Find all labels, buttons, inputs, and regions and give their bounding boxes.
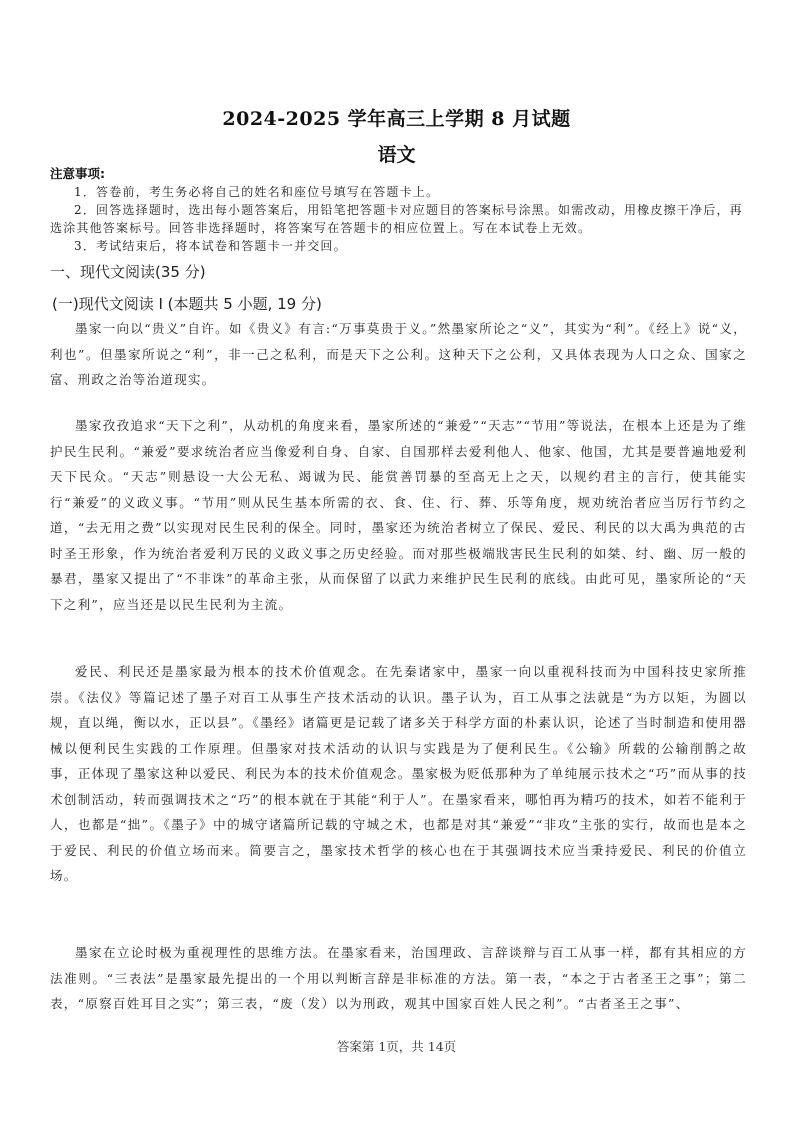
passage-paragraph-2: 墨家孜孜追求“天下之利”，从动机的角度来看，墨家所述的“兼爱”“天志”“节用”等…	[50, 413, 747, 617]
note-item-3: 3．考试结束后，将本试卷和答题卡一并交回。	[50, 237, 750, 255]
passage-paragraph-3: 爱民、利民还是墨家最为根本的技术价值观念。在先秦诸家中，墨家一向以重视科技而为中…	[50, 659, 747, 889]
note-item-1: 1．答卷前，考生务必将自己的姓名和座位号填写在答题卡上。	[50, 183, 750, 201]
passage-paragraph-1: 墨家一向以“贵义”自许。如《贵义》有言:“万事莫贵于义。”然墨家所论之“义”，其…	[50, 316, 747, 393]
section-heading-modern-reading: 一、现代文阅读(35 分)	[50, 261, 206, 282]
subsection-heading-reading-1: (一)现代文阅读 Ⅰ (本题共 5 小题, 19 分)	[52, 293, 322, 314]
subject-title: 语文	[0, 140, 793, 167]
note-item-2: 2．回答选择题时，选出每小题答案后，用铅笔把答题卡对应题目的答案标号涂黑。如需改…	[50, 201, 750, 237]
exam-page: 2024-2025 学年高三上学期 8 月试题 语文 注意事项: 1．答卷前，考…	[0, 0, 793, 1122]
passage-paragraph-4: 墨家在立论时极为重视理性的思维方法。在墨家看来，治国理政、言辞谈辩与百工从事一样…	[50, 940, 747, 1017]
page-footer: 答案第 1页，共 14页	[0, 1037, 793, 1055]
exam-title: 2024-2025 学年高三上学期 8 月试题	[0, 104, 793, 131]
notes-heading: 注意事项:	[50, 164, 105, 182]
